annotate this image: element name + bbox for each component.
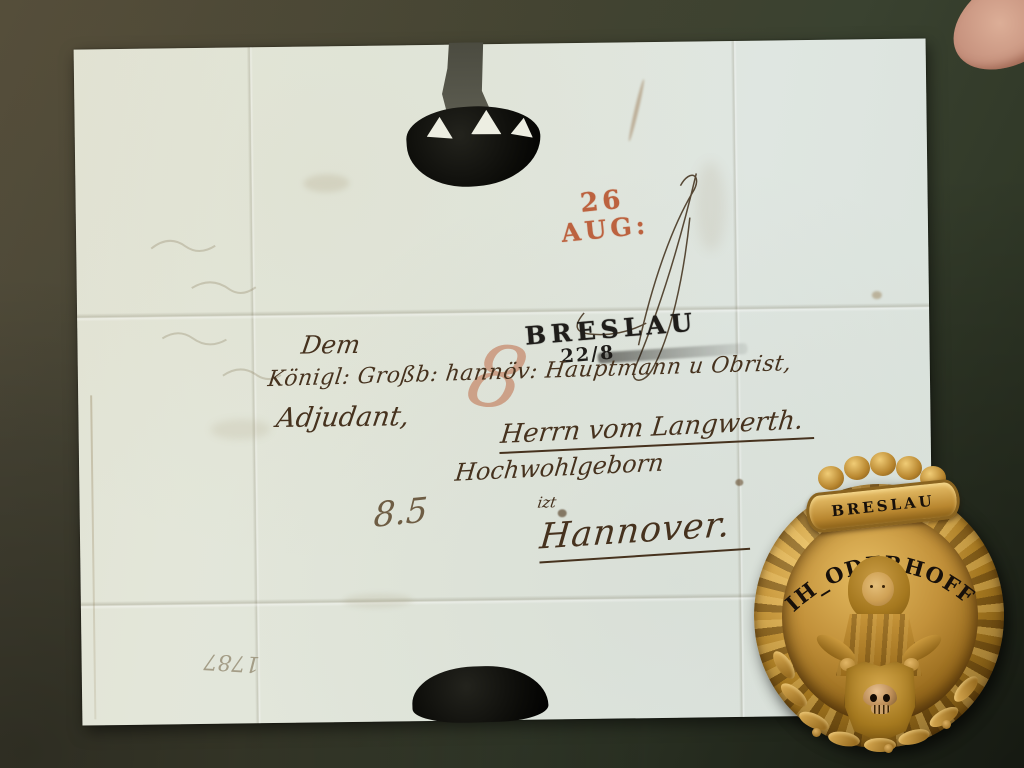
acorn (942, 720, 951, 729)
address-honorific: Hochwohlgeborn (455, 449, 665, 487)
stain (210, 419, 270, 440)
address-destination: Hannover. (537, 504, 751, 564)
pencil-year-note: 1787 (203, 648, 260, 676)
skull-eyes (870, 694, 877, 702)
medal-banner-text: BRESLAU (830, 492, 935, 521)
wax-seal-top (404, 102, 543, 191)
flap-edge-line (90, 395, 96, 719)
address-office-line: Adjudant, (276, 401, 409, 434)
acorn (812, 728, 821, 737)
ink-rate-marking: 8.5 (372, 490, 430, 535)
monk-figure-face (862, 572, 894, 606)
skull-jaw (871, 705, 890, 714)
crest-bump (896, 456, 922, 480)
crest-bump (818, 466, 844, 490)
acorn (884, 744, 893, 753)
photo-scene: 26 AUG: BRESLAU 22/8 8 Dem Königl: Großb… (0, 0, 1024, 768)
address-recipient: Herrn vom Langwerth. (498, 405, 814, 454)
crest-bump (844, 456, 870, 480)
fingertip (936, 0, 1024, 90)
fox-spot (872, 291, 882, 299)
crest-bump (870, 452, 896, 476)
stain (695, 161, 726, 251)
address-connector: izt (537, 493, 556, 511)
monk-eyes (870, 585, 873, 588)
fold-crease-vertical-left (247, 47, 262, 723)
breslau-oderhoff-medal: BRESLAU IH_ODERHOFF (752, 452, 1008, 752)
fold-crease-horizontal-upper (77, 302, 929, 321)
skull-cranium (863, 684, 897, 707)
wax-seal-bottom (411, 664, 549, 724)
fold-crease-vertical-right (731, 41, 746, 717)
red-datestamp: 26 AUG: (541, 183, 666, 251)
ink-streak (627, 79, 646, 142)
address-salutation: Dem (301, 330, 360, 360)
stain (303, 174, 349, 193)
skull-icon (863, 684, 897, 714)
